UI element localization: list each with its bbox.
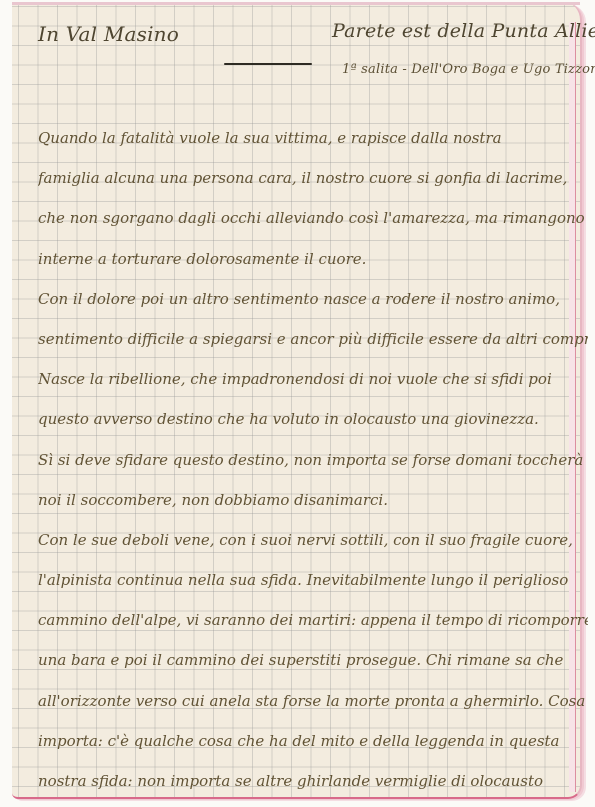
text-line: cammino dell'alpe, vi saranno dei martir… [38, 606, 588, 646]
text-line: l'alpinista continua nella sua sfida. In… [38, 566, 588, 606]
text-line: nostra sfida: non importa se altre ghirl… [38, 767, 588, 800]
text-line: importa: c'è qualche cosa che ha del mit… [38, 727, 588, 767]
text-line: all'orizzonte verso cui anela sta forse … [38, 687, 588, 727]
heading-location: In Val Masino [38, 22, 179, 46]
handwritten-body: Quando la fatalità vuole la sua vittima,… [38, 124, 588, 800]
text-line: noi il soccombere, non dobbiamo disanima… [38, 486, 588, 526]
text-line: questo avverso destino che ha voluto in … [38, 405, 588, 445]
heading-divider [224, 63, 312, 65]
text-line: Quando la fatalità vuole la sua vittima,… [38, 124, 588, 164]
first-ascent-note: 1ª salita - Dell'Oro Boga e Ugo Tizzoni [342, 62, 595, 77]
text-line: Con il dolore poi un altro sentimento na… [38, 285, 588, 325]
text-line: famiglia alcuna una persona cara, il nos… [38, 164, 588, 204]
text-line: Sì si deve sfidare questo destino, non i… [38, 446, 588, 486]
text-line: sentimento difficile a spiegarsi e ancor… [38, 325, 588, 365]
text-line: Con le sue deboli vene, con i suoi nervi… [38, 526, 588, 566]
text-line: che non sgorgano dagli occhi alleviando … [38, 204, 588, 244]
notebook-page: In Val Masino Parete est della Punta All… [12, 2, 582, 799]
text-line: una bara e poi il cammino dei superstiti… [38, 646, 588, 686]
text-line: Nasce la ribellione, che impadronendosi … [38, 365, 588, 405]
text-line: interne a torturare dolorosamente il cuo… [38, 245, 588, 285]
heading-route: Parete est della Punta Allievi. [332, 20, 595, 42]
